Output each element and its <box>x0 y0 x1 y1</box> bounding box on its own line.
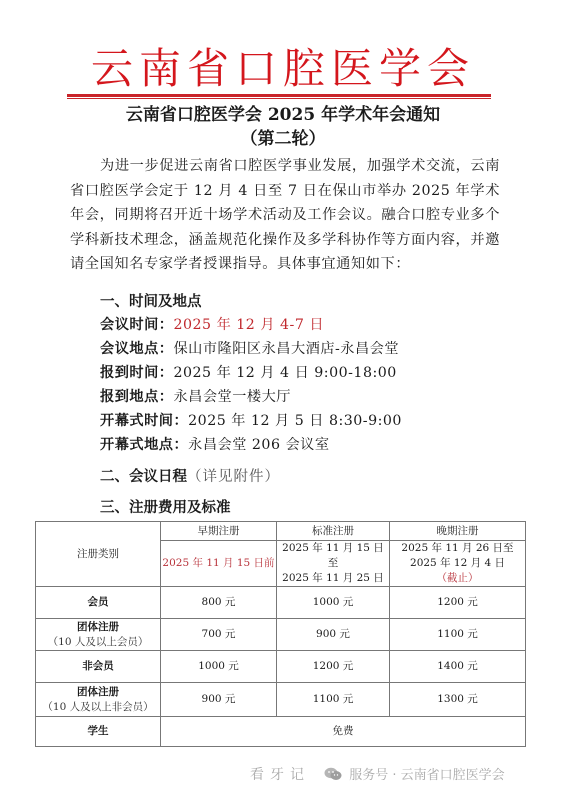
category-sub: （10 人及以上会员） <box>36 635 160 650</box>
category-sub: （10 人及以上非会员） <box>36 700 160 715</box>
fee-cell: 900 元 <box>277 619 390 651</box>
deadline-note: （截止） <box>437 572 479 584</box>
info-meeting-time: 会议时间：2025 年 12 月 4-7 日 <box>100 314 324 336</box>
section-3-heading: 三、注册费用及标准 <box>100 497 231 519</box>
fee-cell: 1100 元 <box>277 683 390 717</box>
fee-cell: 1400 元 <box>390 651 526 683</box>
period-line: 2025 年 11 月 25 日 <box>277 571 389 586</box>
fee-cell: 1100 元 <box>390 619 526 651</box>
masthead-org-name: 云南省口腔医学会 <box>0 44 566 94</box>
fee-cell-merged: 免费 <box>161 717 526 747</box>
info-value: 永昌会堂一楼大厅 <box>173 389 291 405</box>
period-date: 2025 年 12 月 4 日 <box>410 557 505 569</box>
row-category: 会员 <box>36 587 161 619</box>
masthead-rule-thin <box>67 98 491 99</box>
col-header-early: 早期注册 <box>161 522 277 541</box>
info-value: 2025 年 12 月 5 日 8:30-9:00 <box>188 413 402 429</box>
period-late: 2025 年 11 月 26 日至 2025 年 12 月 4 日（截止） <box>390 541 526 587</box>
wechat-icon <box>324 767 342 781</box>
category-name: 团体注册 <box>36 685 160 700</box>
fee-cell: 1200 元 <box>390 587 526 619</box>
period-line: 2025 年 11 月 26 日至 <box>390 541 525 556</box>
row-category: 团体注册 （10 人及以上会员） <box>36 619 161 651</box>
section-2-title: 二、会议日程 <box>100 468 187 485</box>
period-line: 2025 年 11 月 15 日至 <box>277 541 389 571</box>
fee-cell: 1000 元 <box>277 587 390 619</box>
notice-title: 云南省口腔医学会 2025 年学术年会通知 <box>0 104 566 126</box>
info-opening-venue: 开幕式地点：永昌会堂 206 会议室 <box>100 434 330 456</box>
notice-page: 云南省口腔医学会 云南省口腔医学会 2025 年学术年会通知 （第二轮） 为进一… <box>0 0 566 800</box>
col-header-standard: 标准注册 <box>277 522 390 541</box>
info-key: 报到地点： <box>100 389 173 405</box>
info-key: 开幕式地点： <box>100 437 188 453</box>
info-value: 2025 年 12 月 4-7 日 <box>173 317 324 333</box>
fee-cell: 800 元 <box>161 587 277 619</box>
fee-row-group-non-member: 团体注册 （10 人及以上非会员） 900 元 1100 元 1300 元 <box>36 683 526 717</box>
category-name: 团体注册 <box>36 620 160 635</box>
fee-table: 注册类别 早期注册 标准注册 晚期注册 2025 年 11 月 15 日前 20… <box>35 521 526 747</box>
info-checkin-venue: 报到地点：永昌会堂一楼大厅 <box>100 386 291 408</box>
info-key: 报到时间： <box>100 365 173 381</box>
category-header: 注册类别 <box>36 522 161 587</box>
fee-header-row: 注册类别 早期注册 标准注册 晚期注册 <box>36 522 526 541</box>
section-2-heading: 二、会议日程（详见附件） <box>100 466 280 488</box>
section-1-heading: 一、时间及地点 <box>100 291 202 313</box>
section-2-note: （详见附件） <box>187 469 280 485</box>
account-label: 服务号 · 云南省口腔医学会 <box>349 768 504 783</box>
period-standard: 2025 年 11 月 15 日至 2025 年 11 月 25 日 <box>277 541 390 587</box>
fee-cell: 1000 元 <box>161 651 277 683</box>
brand-watermark: 看牙记 <box>250 767 310 783</box>
fee-cell: 1300 元 <box>390 683 526 717</box>
info-key: 会议时间： <box>100 317 173 333</box>
info-value: 永昌会堂 206 会议室 <box>188 437 329 453</box>
info-meeting-venue: 会议地点：保山市隆阳区永昌大酒店-永昌会堂 <box>100 338 399 360</box>
fee-row-non-member: 非会员 1000 元 1200 元 1400 元 <box>36 651 526 683</box>
intro-paragraph: 为进一步促进云南省口腔医学事业发展，加强学术交流，云南省口腔医学会定于 12 月… <box>70 154 500 277</box>
info-key: 会议地点： <box>100 341 173 357</box>
fee-row-student: 学生 免费 <box>36 717 526 747</box>
info-opening-time: 开幕式时间：2025 年 12 月 5 日 8:30-9:00 <box>100 410 402 432</box>
fee-row-member: 会员 800 元 1000 元 1200 元 <box>36 587 526 619</box>
row-category: 学生 <box>36 717 161 747</box>
period-early: 2025 年 11 月 15 日前 <box>161 541 277 587</box>
info-value: 保山市隆阳区永昌大酒店-永昌会堂 <box>173 341 399 357</box>
fee-cell: 1200 元 <box>277 651 390 683</box>
masthead-rule-thick <box>67 94 491 97</box>
period-line: 2025 年 12 月 4 日（截止） <box>390 556 525 586</box>
row-category: 非会员 <box>36 651 161 683</box>
intro-text: 为进一步促进云南省口腔医学事业发展，加强学术交流，云南省口腔医学会定于 12 月… <box>70 158 500 272</box>
fee-row-group-member: 团体注册 （10 人及以上会员） 700 元 900 元 1100 元 <box>36 619 526 651</box>
notice-subtitle: （第二轮） <box>0 128 566 150</box>
info-key: 开幕式时间： <box>100 413 188 429</box>
row-category: 团体注册 （10 人及以上非会员） <box>36 683 161 717</box>
col-header-late: 晚期注册 <box>390 522 526 541</box>
info-value: 2025 年 12 月 4 日 9:00-18:00 <box>173 365 396 381</box>
fee-cell: 700 元 <box>161 619 277 651</box>
fee-cell: 900 元 <box>161 683 277 717</box>
watermark-footer: 看牙记 服务号 · 云南省口腔医学会 <box>250 764 560 784</box>
info-checkin-time: 报到时间：2025 年 12 月 4 日 9:00-18:00 <box>100 362 397 384</box>
